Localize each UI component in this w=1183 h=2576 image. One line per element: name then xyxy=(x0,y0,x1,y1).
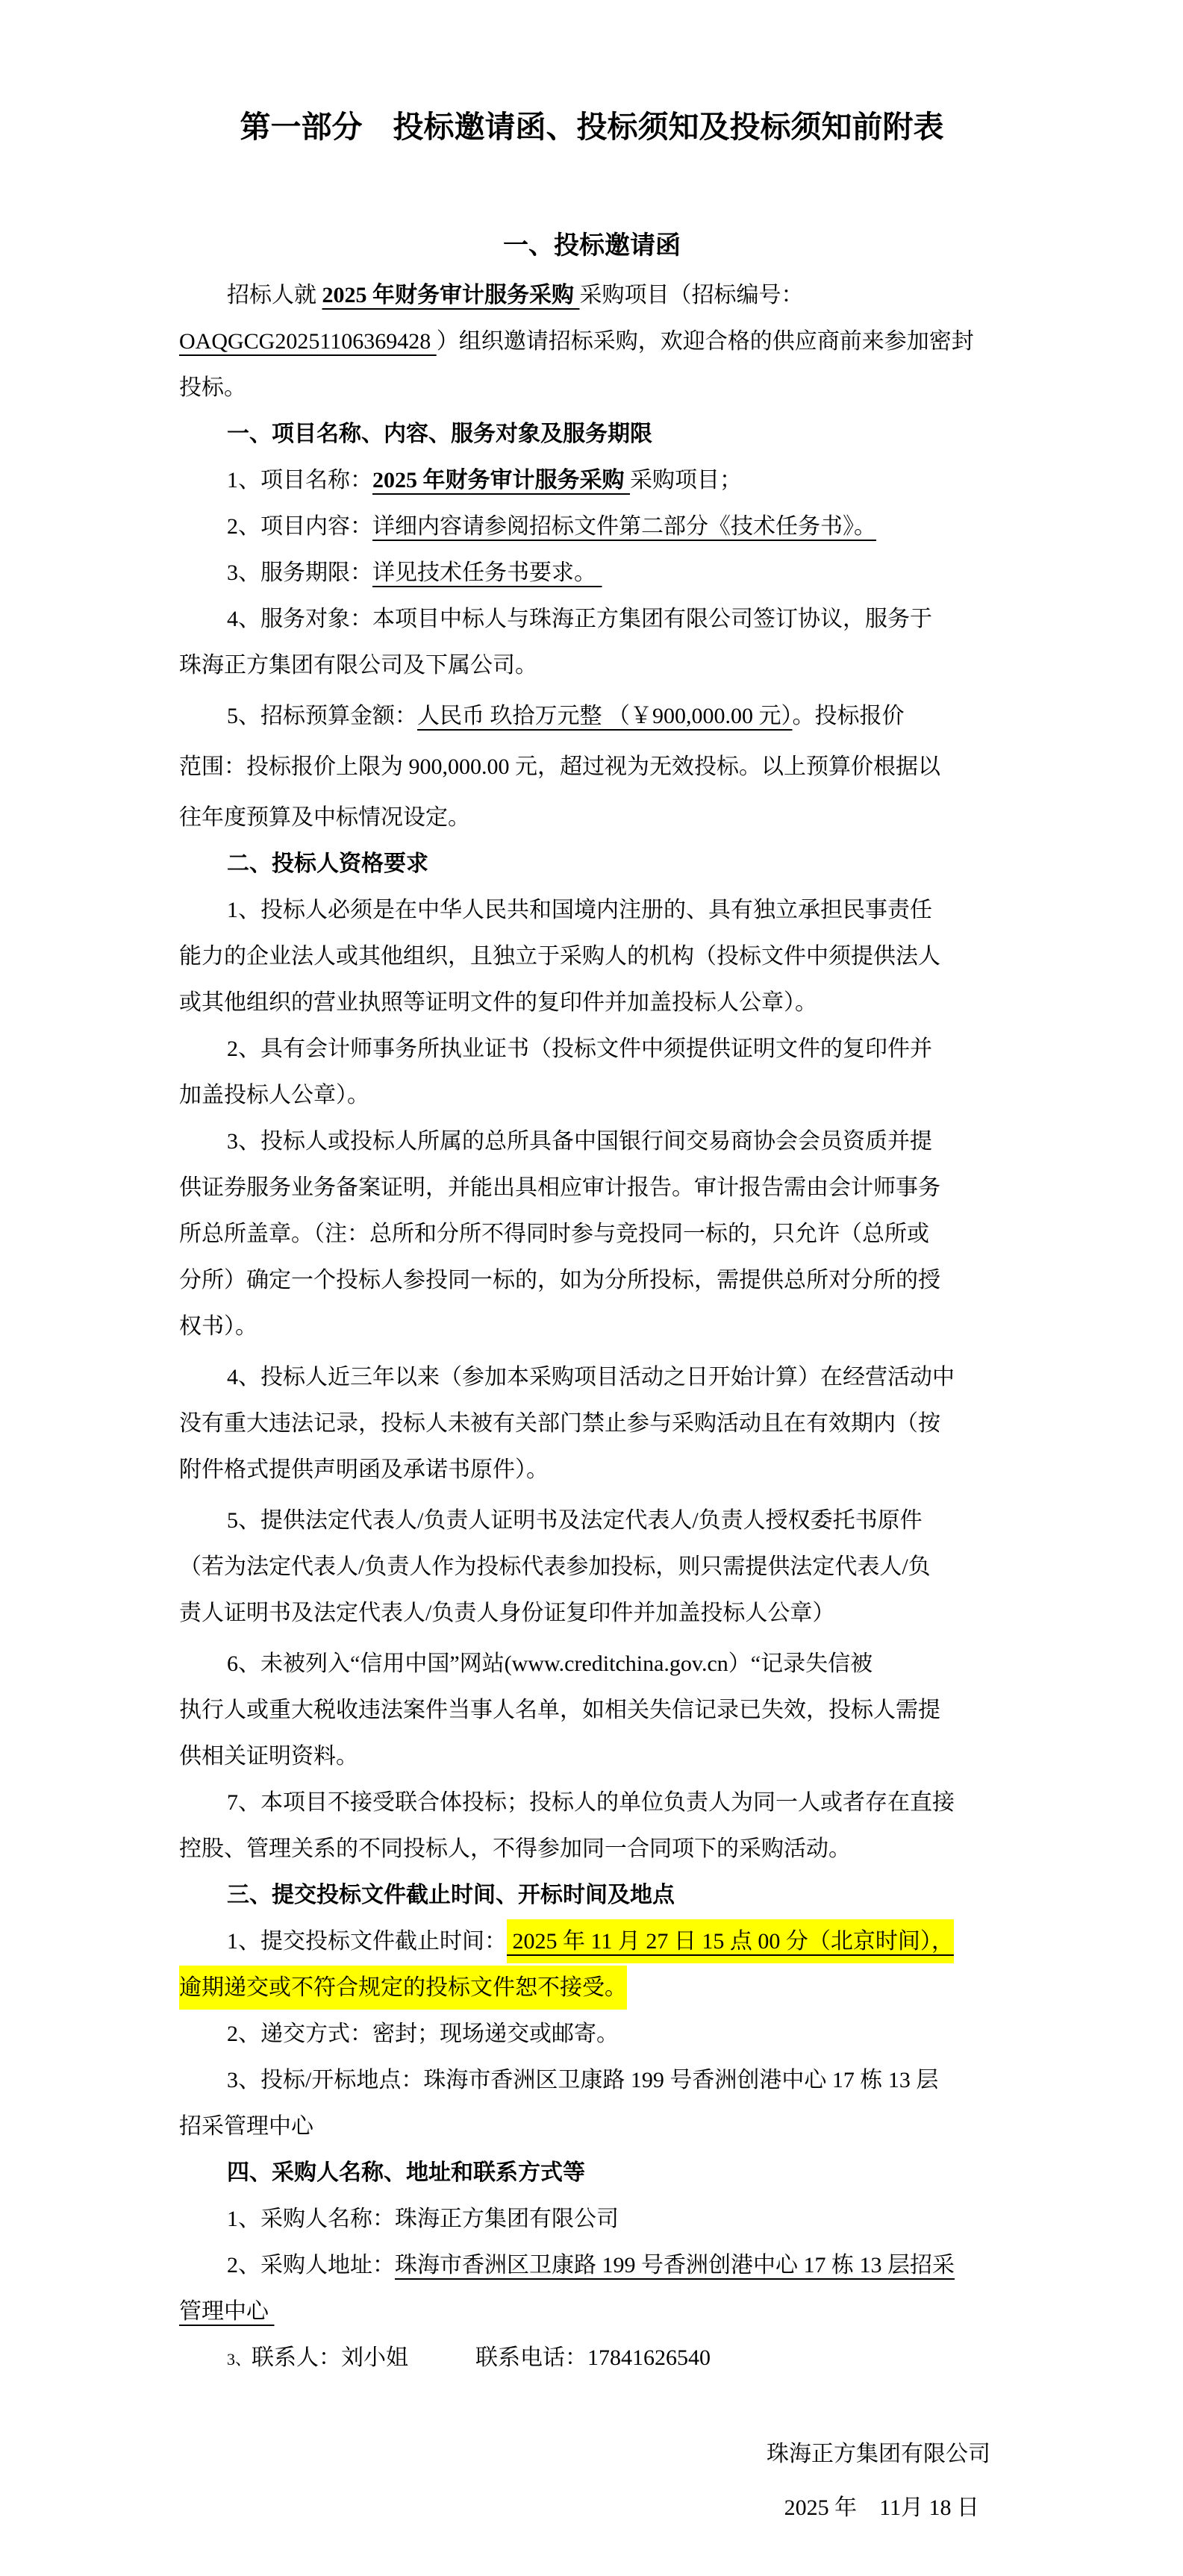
highlighted-text: 2025 年 11 月 27 日 15 点 00 分（北京时间）， xyxy=(507,1919,954,1963)
text-run: 1、提交投标文件截止时间： xyxy=(227,1929,507,1954)
text-line: 范围：投标报价上限为 900,000.00 元，超过视为无效投标。以上预算价根据… xyxy=(179,744,1005,790)
text-line: （若为法定代表人/负责人作为投标代表参加投标，则只需提供法定代表人/负 xyxy=(179,1544,1005,1590)
text-line: 分所）确定一个投标人参投同一标的，如为分所投标，需提供总所对分所的授 xyxy=(179,1257,1005,1304)
section-heading-3: 三、提交投标文件截止时间、开标时间及地点 xyxy=(179,1872,1005,1919)
text-line: 3、投标/开标地点：珠海市香洲区卫康路 199 号香洲创港中心 17 栋 13 … xyxy=(179,2057,1005,2104)
text-run: OAQGCG20251106369428 xyxy=(179,329,437,354)
text-run: 范围：投标报价上限为 900,000.00 元，超过视为无效投标。以上预算价根据… xyxy=(179,754,940,779)
text-run xyxy=(574,283,580,307)
text-run: 加盖投标人公章）。 xyxy=(179,1083,369,1107)
text-line: 1、项目名称：2025 年财务审计服务采购 采购项目； xyxy=(179,457,1005,504)
text-line: 1、采购人名称：珠海正方集团有限公司 xyxy=(179,2196,1005,2242)
text-line: 一、项目名称、内容、服务对象及服务期限 xyxy=(179,411,1005,457)
text-run: 2、采购人地址： xyxy=(227,2253,395,2278)
contact-line: 3、联系人：刘小姐 联系电话：17841626540 xyxy=(179,2335,1005,2383)
text-run: 5、招标预算金额： xyxy=(227,704,417,728)
text-line: 供证券服务业务备案证明，并能出具相应审计报告。审计报告需由会计师事务 xyxy=(179,1165,1005,1211)
text-line: 二、投标人资格要求 xyxy=(179,841,1005,887)
text-run: 。投标报价 xyxy=(793,704,905,728)
text-run: 分所）确定一个投标人参投同一标的，如为分所投标，需提供总所对分所的授 xyxy=(179,1268,940,1292)
text-run: 招采管理中心 xyxy=(179,2114,313,2139)
text-run: 三、提交投标文件截止时间、开标时间及地点 xyxy=(227,1883,675,1907)
document-content: 第一部分 投标邀请函、投标须知及投标须知前附表 一、投标邀请函 招标人就 202… xyxy=(179,93,1005,2531)
text-run: 一、项目名称、内容、服务对象及服务期限 xyxy=(227,422,652,446)
text-run: 采购项目（招标编号： xyxy=(580,283,804,307)
text-line: 2、项目内容：详细内容请参阅招标文件第二部分《技术任务书》。 xyxy=(179,504,1005,550)
text-run: 二、投标人资格要求 xyxy=(227,851,428,876)
text-run: 投标。 xyxy=(179,375,246,400)
text-line: 4、服务对象：本项目中标人与珠海正方集团有限公司签订协议，服务于 xyxy=(179,596,1005,643)
text-run: 2、具有会计师事务所执业证书（投标文件中须提供证明文件的复印件并 xyxy=(227,1037,932,1061)
text-line: 能力的企业法人或其他组织，且独立于采购人的机构（投标文件中须提供法人 xyxy=(179,934,1005,980)
text-run: 3、投标/开标地点：珠海市香洲区卫康路 199 号香洲创港中心 17 栋 13 … xyxy=(227,2068,938,2092)
text-line: 责人证明书及法定代表人/负责人身份证复印件并加盖投标人公章） xyxy=(179,1590,1005,1636)
text-line: 加盖投标人公章）。 xyxy=(179,1072,1005,1119)
text-line: 供相关证明资料。 xyxy=(179,1734,1005,1780)
text-run: 3、投标人或投标人所属的总所具备中国银行间交易商协会会员资质并提 xyxy=(227,1129,932,1154)
text-line: 控股、管理关系的不同投标人，不得参加同一合同项下的采购活动。 xyxy=(179,1826,1005,1872)
text-run: 1、项目名称： xyxy=(227,468,372,493)
text-line: 珠海正方集团有限公司及下属公司。 xyxy=(179,643,1005,689)
text-run: 4、投标人近三年以来（参加本采购项目活动之日开始计算）在经营活动中 xyxy=(227,1365,955,1389)
text-line: OAQGCG20251106369428 ）组织邀请招标采购，欢迎合格的供应商前… xyxy=(179,319,1005,365)
text-run: 控股、管理关系的不同投标人，不得参加同一合同项下的采购活动。 xyxy=(179,1836,851,1861)
invitation-heading: 一、投标邀请函 xyxy=(179,220,1005,272)
signature: 珠海正方集团有限公司 xyxy=(179,2431,1005,2477)
text-run: 四、采购人名称、地址和联系方式等 xyxy=(227,2160,585,2185)
text-run: 供相关证明资料。 xyxy=(179,1744,358,1769)
text-run: 能力的企业法人或其他组织，且独立于采购人的机构（投标文件中须提供法人 xyxy=(179,944,940,969)
document-page: 第一部分 投标邀请函、投标须知及投标须知前附表 一、投标邀请函 招标人就 202… xyxy=(0,0,1183,2576)
text-line: 执行人或重大税收违法案件当事人名单，如相关失信记录已失效，投标人需提 xyxy=(179,1687,1005,1734)
text-line: 招采管理中心 xyxy=(179,2104,1005,2150)
text-run: 珠海正方集团有限公司 xyxy=(767,2442,990,2466)
text-run: 6、未被列入“信用中国”网站(www.creditchina.gov.cn）“记… xyxy=(227,1651,873,1676)
text-line: 权书）。 xyxy=(179,1304,1005,1350)
deadline-line: 1、提交投标文件截止时间： 2025 年 11 月 27 日 15 点 00 分… xyxy=(179,1919,1005,1965)
text-run: ）组织邀请招标采购，欢迎合格的供应商前来参加密封 xyxy=(437,329,974,354)
highlighted-text: 逾期递交或不符合规定的投标文件恕不接受。 xyxy=(179,1966,627,2010)
text-run: 人民币 玖拾万元整 （￥900,000.00 元） xyxy=(417,704,793,728)
text-run: 管理中心 xyxy=(179,2299,275,2324)
page-title: 第一部分 投标邀请函、投标须知及投标须知前附表 xyxy=(179,93,1005,160)
text-run: 执行人或重大税收违法案件当事人名单，如相关失信记录已失效，投标人需提 xyxy=(179,1698,940,1722)
text-line: 6、未被列入“信用中国”网站(www.creditchina.gov.cn）“记… xyxy=(179,1641,1005,1687)
text-run: 所总所盖章。（注：总所和分所不得同时参与竞投同一标的，只允许（总所或 xyxy=(179,1222,929,1246)
text-run: 2025 年财务审计服务采购 xyxy=(322,283,575,307)
text-run: 详细内容请参阅招标文件第二部分《技术任务书》。 xyxy=(372,514,876,539)
text-run: 1、采购人名称：珠海正方集团有限公司 xyxy=(227,2207,619,2231)
text-line: 4、投标人近三年以来（参加本采购项目活动之日开始计算）在经营活动中 xyxy=(179,1354,1005,1401)
text-run: 2、递交方式：密封；现场递交或邮寄。 xyxy=(227,2022,619,2046)
text-line: 往年度预算及中标情况设定。 xyxy=(179,795,1005,841)
text-line: 7、本项目不接受联合体投标；投标人的单位负责人为同一人或者存在直接 xyxy=(179,1780,1005,1826)
text-line: 管理中心 xyxy=(179,2289,1005,2335)
section-heading-4: 四、采购人名称、地址和联系方式等 xyxy=(179,2150,1005,2196)
text-line: 投标。 xyxy=(179,365,1005,411)
text-line: 没有重大违法记录，投标人未被有关部门禁止参与采购活动且在有效期内（按 xyxy=(179,1401,1005,1447)
text-run: 1、投标人必须是在中华人民共和国境内注册的、具有独立承担民事责任 xyxy=(227,898,932,922)
text-run: 或其他组织的营业执照等证明文件的复印件并加盖投标人公章）。 xyxy=(179,990,817,1015)
text-line: 2、递交方式：密封；现场递交或邮寄。 xyxy=(179,2011,1005,2057)
text-line: 5、提供法定代表人/负责人证明书及法定代表人/负责人授权委托书原件 xyxy=(179,1498,1005,1544)
signature-date: 2025 年 11月 18 日 xyxy=(179,2485,1005,2531)
text-run: 3、 xyxy=(227,2350,252,2369)
text-run: 采购项目； xyxy=(630,468,742,493)
text-run: 珠海正方集团有限公司及下属公司。 xyxy=(179,653,537,678)
text-run: （若为法定代表人/负责人作为投标代表参加投标，则只需提供法定代表人/负 xyxy=(179,1554,931,1579)
text-run: 附件格式提供声明函及承诺书原件）。 xyxy=(179,1457,549,1482)
text-line: 3、服务期限：详见技术任务书要求。 xyxy=(179,550,1005,596)
text-run: 2025 年 11月 18 日 xyxy=(784,2495,979,2520)
text-run: 没有重大违法记录，投标人未被有关部门禁止参与采购活动且在有效期内（按 xyxy=(179,1411,940,1436)
text-line: 2、采购人地址：珠海市香洲区卫康路 199 号香洲创港中心 17 栋 13 层招… xyxy=(179,2242,1005,2289)
text-run: 招标人就 xyxy=(227,283,322,307)
text-run: 5、提供法定代表人/负责人证明书及法定代表人/负责人授权委托书原件 xyxy=(227,1508,923,1533)
text-line: 或其他组织的营业执照等证明文件的复印件并加盖投标人公章）。 xyxy=(179,980,1005,1026)
text-run: 珠海市香洲区卫康路 199 号香洲创港中心 17 栋 13 层招采 xyxy=(395,2253,955,2278)
text-run: 3、服务期限： xyxy=(227,560,372,585)
text-line: 2、具有会计师事务所执业证书（投标文件中须提供证明文件的复印件并 xyxy=(179,1026,1005,1072)
text-line: 附件格式提供声明函及承诺书原件）。 xyxy=(179,1447,1005,1493)
text-line: 3、投标人或投标人所属的总所具备中国银行间交易商协会会员资质并提 xyxy=(179,1119,1005,1165)
text-line: 5、招标预算金额：人民币 玖拾万元整 （￥900,000.00 元）。投标报价 xyxy=(179,693,1005,740)
text-run: 详见技术任务书要求。 xyxy=(372,560,602,585)
text-run: 2025 年财务审计服务采购 xyxy=(372,468,625,493)
document-body: 招标人就 2025 年财务审计服务采购 采购项目（招标编号：OAQGCG2025… xyxy=(179,272,1005,2531)
text-run: 4、服务对象：本项目中标人与珠海正方集团有限公司签订协议，服务于 xyxy=(227,607,932,631)
text-run: 2、项目内容： xyxy=(227,514,372,539)
text-run: 往年度预算及中标情况设定。 xyxy=(179,805,470,830)
deadline-line-2: 逾期递交或不符合规定的投标文件恕不接受。 xyxy=(179,1965,1005,2011)
text-run xyxy=(625,468,631,493)
text-run: 权书）。 xyxy=(179,1314,257,1339)
text-run: 责人证明书及法定代表人/负责人身份证复印件并加盖投标人公章） xyxy=(179,1601,834,1625)
text-run: 7、本项目不接受联合体投标；投标人的单位负责人为同一人或者存在直接 xyxy=(227,1790,955,1815)
text-line: 所总所盖章。（注：总所和分所不得同时参与竞投同一标的，只允许（总所或 xyxy=(179,1211,1005,1257)
text-run: 联系人：刘小姐 联系电话：17841626540 xyxy=(252,2345,711,2370)
text-line: 1、投标人必须是在中华人民共和国境内注册的、具有独立承担民事责任 xyxy=(179,887,1005,934)
text-run: 供证券服务业务备案证明，并能出具相应审计报告。审计报告需由会计师事务 xyxy=(179,1175,940,1200)
text-line: 招标人就 2025 年财务审计服务采购 采购项目（招标编号： xyxy=(179,272,1005,319)
